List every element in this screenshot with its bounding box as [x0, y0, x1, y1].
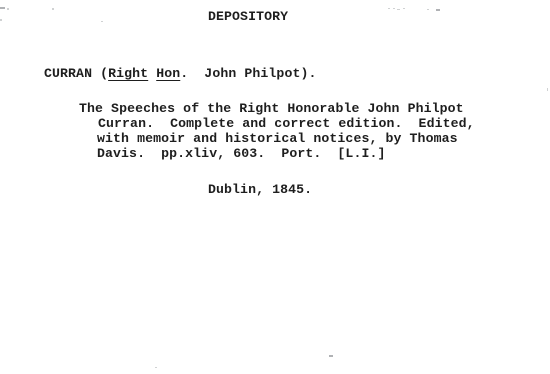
- scan-speck: [101, 21, 103, 22]
- scan-speck: [7, 8, 9, 10]
- scan-speck: [155, 367, 157, 368]
- scan-speck: [397, 9, 400, 10]
- scan-speck: [547, 88, 548, 91]
- depository-header: DEPOSITORY: [208, 9, 288, 24]
- scan-speck: [427, 9, 429, 10]
- body-line: Curran. Complete and correct edition. Ed…: [98, 116, 475, 131]
- scan-speck: [403, 8, 405, 9]
- author-heading: CURRAN (Right Hon. John Philpot).: [44, 66, 317, 81]
- scan-speck: [0, 19, 2, 21]
- scan-speck: [388, 8, 390, 9]
- author-heading-before: CURRAN (: [44, 66, 108, 81]
- scan-speck: [436, 9, 440, 11]
- catalog-card: DEPOSITORY CURRAN (Right Hon. John Philp…: [0, 0, 550, 374]
- author-heading-underlined-right: Right: [108, 66, 148, 81]
- scan-speck: [329, 355, 333, 357]
- scan-speck: [393, 8, 395, 9]
- body-line: with memoir and historical notices, by T…: [97, 131, 458, 146]
- imprint: Dublin, 1845.: [208, 182, 312, 197]
- author-heading-after: . John Philpot).: [180, 66, 316, 81]
- body-line: Davis. pp.xliv, 603. Port. [L.I.]: [97, 146, 386, 161]
- author-heading-underlined-hon: Hon: [156, 66, 180, 81]
- scan-speck: [52, 8, 54, 10]
- scan-speck: [0, 7, 5, 9]
- body-line: The Speeches of the Right Honorable John…: [79, 101, 464, 116]
